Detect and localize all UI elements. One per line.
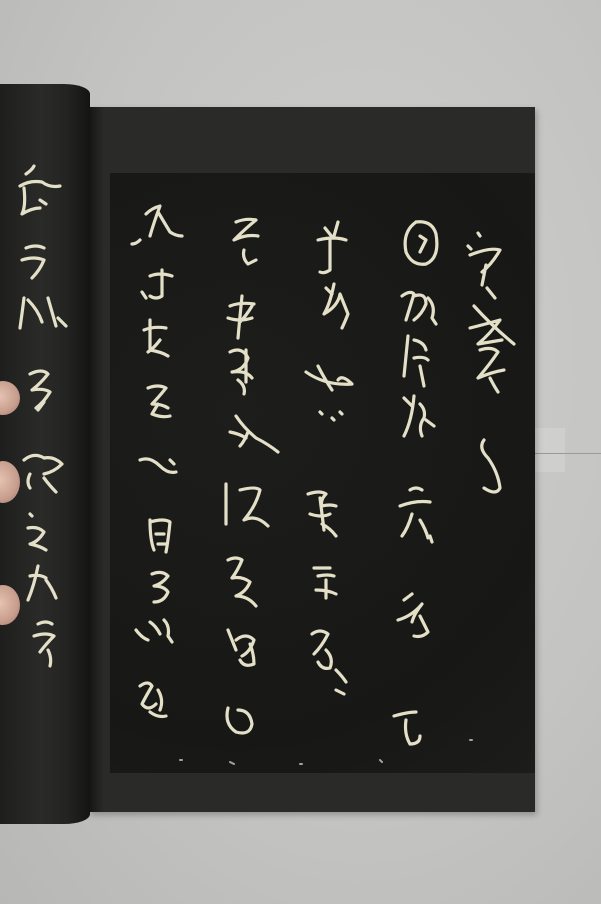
background-crease-line	[535, 453, 601, 454]
photo-scene	[0, 0, 601, 904]
left-page-curl	[0, 84, 90, 824]
background-paper-scrap	[535, 428, 565, 472]
rubbing-field	[110, 173, 535, 773]
